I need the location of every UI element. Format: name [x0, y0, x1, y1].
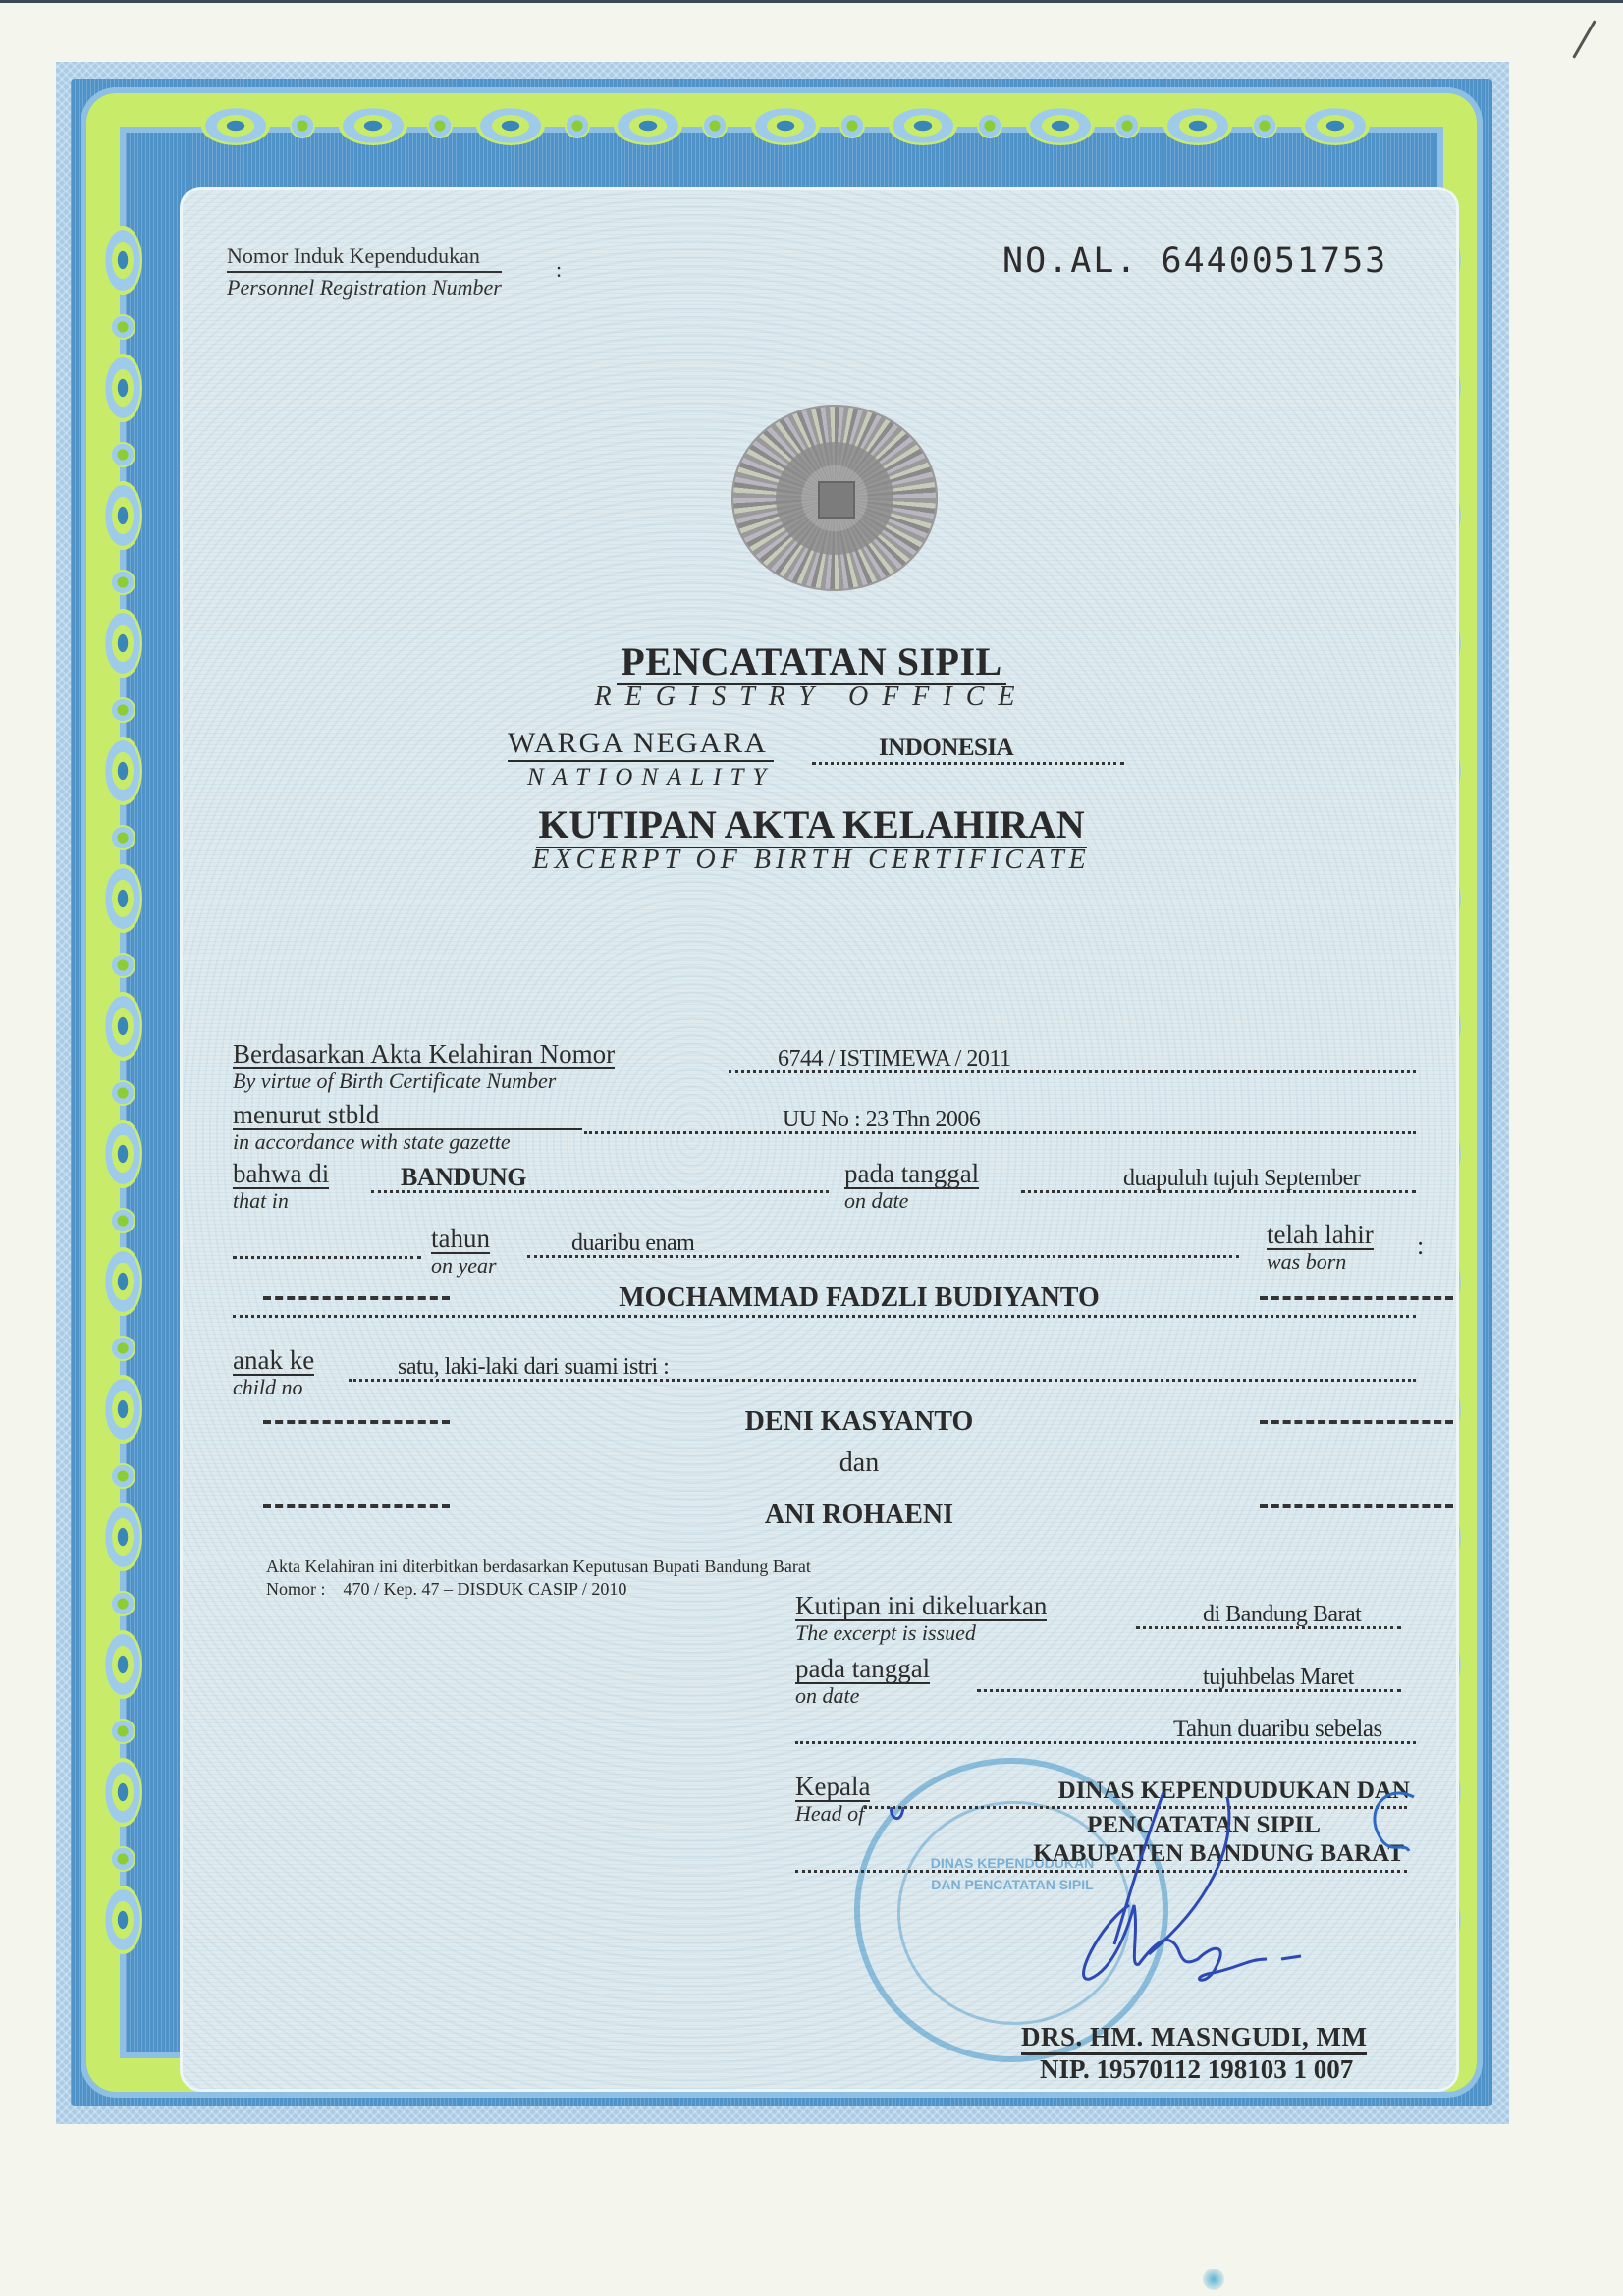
- border-ornament: [889, 106, 957, 145]
- year-leader: [233, 1239, 421, 1259]
- issued-label: Kutipan ini dikeluarkan The excerpt is i…: [795, 1591, 1047, 1646]
- office-title: PENCATATAN SIPIL: [0, 638, 1623, 684]
- border-ornament: [1114, 113, 1140, 138]
- border-ornament: [103, 226, 142, 295]
- document-title: KUTIPAN AKTA KELAHIRAN: [0, 801, 1623, 847]
- conjunction-and: dan: [609, 1448, 1109, 1479]
- border-ornament: [1301, 106, 1370, 145]
- border-ornament: [103, 1630, 142, 1699]
- border-ornament: [103, 1886, 142, 1954]
- office-title-en: REGISTRY OFFICE: [0, 682, 1623, 713]
- issued-place: di Bandung Barat: [1136, 1603, 1401, 1629]
- document-title-en: EXCERPT OF BIRTH CERTIFICATE: [0, 845, 1623, 876]
- child-no-value: satu, laki-laki dari suami istri :: [349, 1355, 1416, 1382]
- garuda-emblem-icon: [731, 405, 938, 591]
- child-name-underline: [233, 1306, 1416, 1318]
- border-ornament: [103, 481, 142, 550]
- official-name: DRS. HM. MASNGUDI, MM: [1021, 2022, 1367, 2055]
- signature-icon: [776, 1768, 1463, 2052]
- birth-place-label: bahwa di that in: [233, 1159, 329, 1214]
- border-ornament: [110, 1591, 135, 1616]
- father-dash-left: [263, 1420, 450, 1424]
- border-ornament: [702, 113, 728, 138]
- border-ornament: [103, 1247, 142, 1316]
- scan-edge: [0, 0, 1623, 3]
- border-ornament: [110, 1208, 135, 1233]
- border-ornament: [103, 1120, 142, 1188]
- registration-number-label: Nomor Induk Kependudukan Personnel Regis…: [227, 244, 502, 301]
- border-ornament: [1252, 113, 1277, 138]
- border-ornament: [103, 354, 142, 422]
- border-ornament: [427, 113, 453, 138]
- issued-date-label: pada tanggal on date: [795, 1654, 930, 1709]
- nationality-value: INDONESIA: [812, 735, 1124, 765]
- border-ornament: [839, 113, 865, 138]
- birth-cert-value: 6744 / ISTIMEWA / 2011: [729, 1047, 1416, 1073]
- ink-blot: [1203, 2269, 1224, 2290]
- border-ornament: [103, 1503, 142, 1571]
- birth-year-value: duaribu enam: [527, 1231, 1239, 1258]
- border-ornament: [977, 113, 1002, 138]
- issued-date: tujuhbelas Maret: [977, 1666, 1401, 1692]
- mother-dash-right: [1260, 1504, 1453, 1508]
- official-nip: NIP. 19570112 198103 1 007: [1040, 2054, 1353, 2085]
- border-ornament: [339, 106, 407, 145]
- border-ornament: [103, 1758, 142, 1827]
- border-ornament: [1163, 106, 1232, 145]
- born-colon: :: [1417, 1231, 1424, 1261]
- border-ornament: [290, 113, 315, 138]
- mother-dash-left: [263, 1504, 450, 1508]
- border-ornament: [110, 953, 135, 978]
- birth-cert-label: Berdasarkan Akta Kelahiran Nomor By virt…: [233, 1039, 615, 1094]
- border-ornament: [110, 1846, 135, 1872]
- border-ornament: [110, 570, 135, 595]
- name-dash-left: [263, 1296, 450, 1300]
- certificate-number: NO.AL. 6440051753: [1002, 242, 1387, 281]
- border-ornament: [110, 314, 135, 340]
- border-ornament: [103, 1375, 142, 1444]
- border-ornament: [614, 106, 682, 145]
- border-ornament: [103, 992, 142, 1061]
- registration-colon: :: [556, 257, 562, 283]
- border-ornament: [751, 106, 820, 145]
- border-ornament: [1026, 106, 1095, 145]
- border-ornament: [110, 1336, 135, 1361]
- border-ornament: [110, 442, 135, 467]
- birth-date-value: duapuluh tujuh September: [1021, 1167, 1416, 1193]
- border-ornament: [565, 113, 590, 138]
- decree-line-1: Akta Kelahiran ini diterbitkan berdasark…: [266, 1556, 811, 1578]
- border-ornament: [103, 737, 142, 805]
- border-ornament: [476, 106, 545, 145]
- pen-mark: [1572, 20, 1596, 59]
- birth-year-label: tahun on year: [431, 1224, 497, 1279]
- born-label: telah lahir was born: [1267, 1220, 1374, 1275]
- father-name: DENI KASYANTO: [609, 1406, 1109, 1438]
- nationality-label: WARGA NEGARA NATIONALITY: [508, 727, 775, 792]
- registration-label-en: Personnel Registration Number: [227, 275, 502, 301]
- child-no-label: anak ke child no: [233, 1345, 314, 1400]
- gazette-label: menurut stbld in accordance with state g…: [233, 1100, 582, 1155]
- name-dash-right: [1260, 1296, 1453, 1300]
- mother-name: ANI ROHAENI: [609, 1500, 1109, 1531]
- father-dash-right: [1260, 1420, 1453, 1424]
- border-ornament: [201, 106, 270, 145]
- registration-label-id: Nomor Induk Kependudukan: [227, 244, 502, 273]
- border-ornament: [110, 1080, 135, 1106]
- gazette-value: UU No : 23 Thn 2006: [584, 1108, 1416, 1134]
- decree-note: Akta Kelahiran ini diterbitkan berdasark…: [266, 1556, 811, 1600]
- birth-date-label: pada tanggal on date: [844, 1159, 979, 1214]
- issued-year: Tahun duaribu sebelas: [795, 1717, 1416, 1744]
- birth-place-value: BANDUNG: [371, 1165, 829, 1193]
- border-ornament: [110, 1719, 135, 1744]
- decree-line-2: Nomor : 470 / Kep. 47 – DISDUK CASIP / 2…: [266, 1578, 811, 1601]
- border-ornament: [110, 1463, 135, 1489]
